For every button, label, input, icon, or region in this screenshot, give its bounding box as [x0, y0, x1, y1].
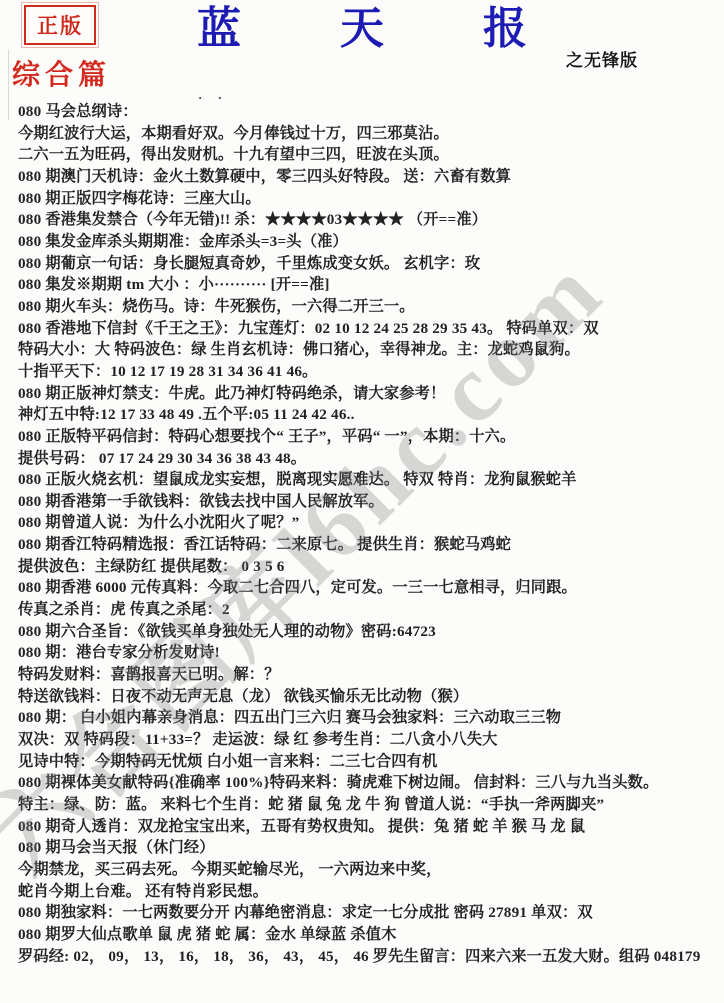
- report-line: 080 期独家料：一七两数要分开 内幕绝密消息：求定一七分成批 密码 27891…: [18, 902, 720, 924]
- newspaper-page: 正版 蓝 天 报 之无锋版 综合篇 · · 080 马会总纲诗：今期红波行大运，…: [0, 0, 724, 1003]
- report-line: 特送欲钱料：日夜不动无声无息（龙） 欲钱买愉乐无比动物（猴）: [18, 686, 720, 708]
- report-line: 080 期正版四字梅花诗：三座大山。: [18, 188, 720, 210]
- report-line: 080 期奇人透肖：双龙抢宝宝出来，五哥有势权贵知。 提供：兔 猪 蛇 羊 猴 …: [18, 816, 720, 838]
- report-line: 蛇肖今期上台难。 还有特肖彩民想。: [18, 881, 720, 903]
- report-line: 今期禁龙，买三码去死。 今期买蛇输尽光， 一六两边来中奖，: [18, 859, 720, 881]
- report-line: 今期红波行大运，本期看好双。今月俸钱过十万，四三邪莫沾。: [18, 123, 720, 145]
- edition-label: 之无锋版: [566, 46, 638, 71]
- report-lines: 080 马会总纲诗：今期红波行大运，本期看好双。今月俸钱过十万，四三邪莫沾。二六…: [18, 101, 720, 967]
- report-line: 080 香港地下信封《千王之王》：九宝莲灯：02 10 12 24 25 28 …: [18, 318, 720, 340]
- report-line: 080 马会总纲诗：: [18, 101, 720, 123]
- report-line: 080 期香港第一手欲钱料：欲钱去找中国人民解放军。: [18, 491, 720, 513]
- report-line: 080 期葡京一句话：身长腿短真奇妙，千里炼成变女妖。 玄机字：玫: [18, 253, 720, 275]
- report-line: 080 期澳门天机诗：金火土数算硬中，零三四头好特段。 送：六畜有数算: [18, 166, 720, 188]
- report-line: 080 正版特平码信封：特码心想要找个“ 王子”，平码“ 一”，本期：十六。: [18, 426, 720, 448]
- report-line: 080 期裸体美女献特码{准确率 100%}特码来料：骑虎难下树边闹。 信封料：…: [18, 772, 720, 794]
- report-line: 080 期正版神灯禁支：牛虎。此乃神灯特码绝杀，请大家参考！: [18, 383, 720, 405]
- report-line: 080 期香港 6000 元传真料：今取二七合四八，定可发。一三一七意相寻，归同…: [18, 577, 720, 599]
- report-line: 神灯五中特:12 17 33 48 49 .五个平:05 11 24 42 46…: [18, 404, 720, 426]
- report-line: 二六一五为旺码，得出发财机。十九有望中三四，旺波在头顶。: [18, 144, 720, 166]
- report-line: 提供波色：主绿防红 提供尾数： 0 3 5 6: [18, 556, 720, 578]
- report-line: 080 期香江特码精选报：香江话特码：二来原七。 提供生肖：猴蛇马鸡蛇: [18, 534, 720, 556]
- report-line: 080 期火车头：烧伤马。诗：牛死猴伤，一六得二开三一。: [18, 296, 720, 318]
- report-line: 080 集发※期期 tm 大小 ：小·········· [开==准]: [18, 274, 720, 296]
- report-line: 080 期马会当天报（休门经）: [18, 837, 720, 859]
- report-line: 双决：双 特码段：11+33=？ 走运波：绿 红 参考生肖：二八贪小八失大: [18, 729, 720, 751]
- report-line: 提供号码： 07 17 24 29 30 34 36 38 43 48。: [18, 448, 720, 470]
- report-line: 罗码经: 02， 09， 13， 16， 18， 36， 43， 45， 46 …: [18, 946, 720, 968]
- report-line: 特码大小：大 特码波色：绿 生肖玄机诗：佛口猪心，幸得神龙。主：龙蛇鸡鼠狗。: [18, 339, 720, 361]
- report-line: 见诗中特：今期特码无忧烦 白小姐一言来料：二三七合四有机: [18, 751, 720, 773]
- report-line: 十指平天下：10 12 17 19 28 31 34 36 41 46。: [18, 361, 720, 383]
- report-line: 080 期曾道人说：为什么小沈阳火了呢？”: [18, 512, 720, 534]
- report-line: 传真之杀肖：虎 传真之杀尾：2: [18, 599, 720, 621]
- report-line: 特主：绿、防：蓝。 来料七个生肖：蛇 猪 鼠 兔 龙 牛 狗 曾道人说：“手执一…: [18, 794, 720, 816]
- report-line: 080 集发金库杀头期期准：金库杀头=3=头（准）: [18, 231, 720, 253]
- report-line: 080 期：港台专家分析发财诗!: [18, 642, 720, 664]
- report-line: 080 期： 白小姐内幕亲身消息：四五出门三六归 赛马会独家料：三六动取三三物: [18, 707, 720, 729]
- report-line: 080 正版火烧玄机：望鼠成龙实妄想，脱离现实愿难达。 特双 特肖：龙狗鼠猴蛇羊: [18, 469, 720, 491]
- section-heading: 综合篇: [12, 53, 111, 93]
- report-line: 080 期六合圣旨：《欲钱买单身独处无人理的动物》密码:64723: [18, 621, 720, 643]
- report-line: 080 期罗大仙点歌单 鼠 虎 猪 蛇 属：金水 单绿蓝 杀值木: [18, 924, 720, 946]
- report-line: 特码发财料：喜鹊报喜天已明。解：？: [18, 664, 720, 686]
- report-line: 080 香港集发禁合（今年无错)!! 杀：★★★★03★★★★ （开==准）: [18, 209, 720, 231]
